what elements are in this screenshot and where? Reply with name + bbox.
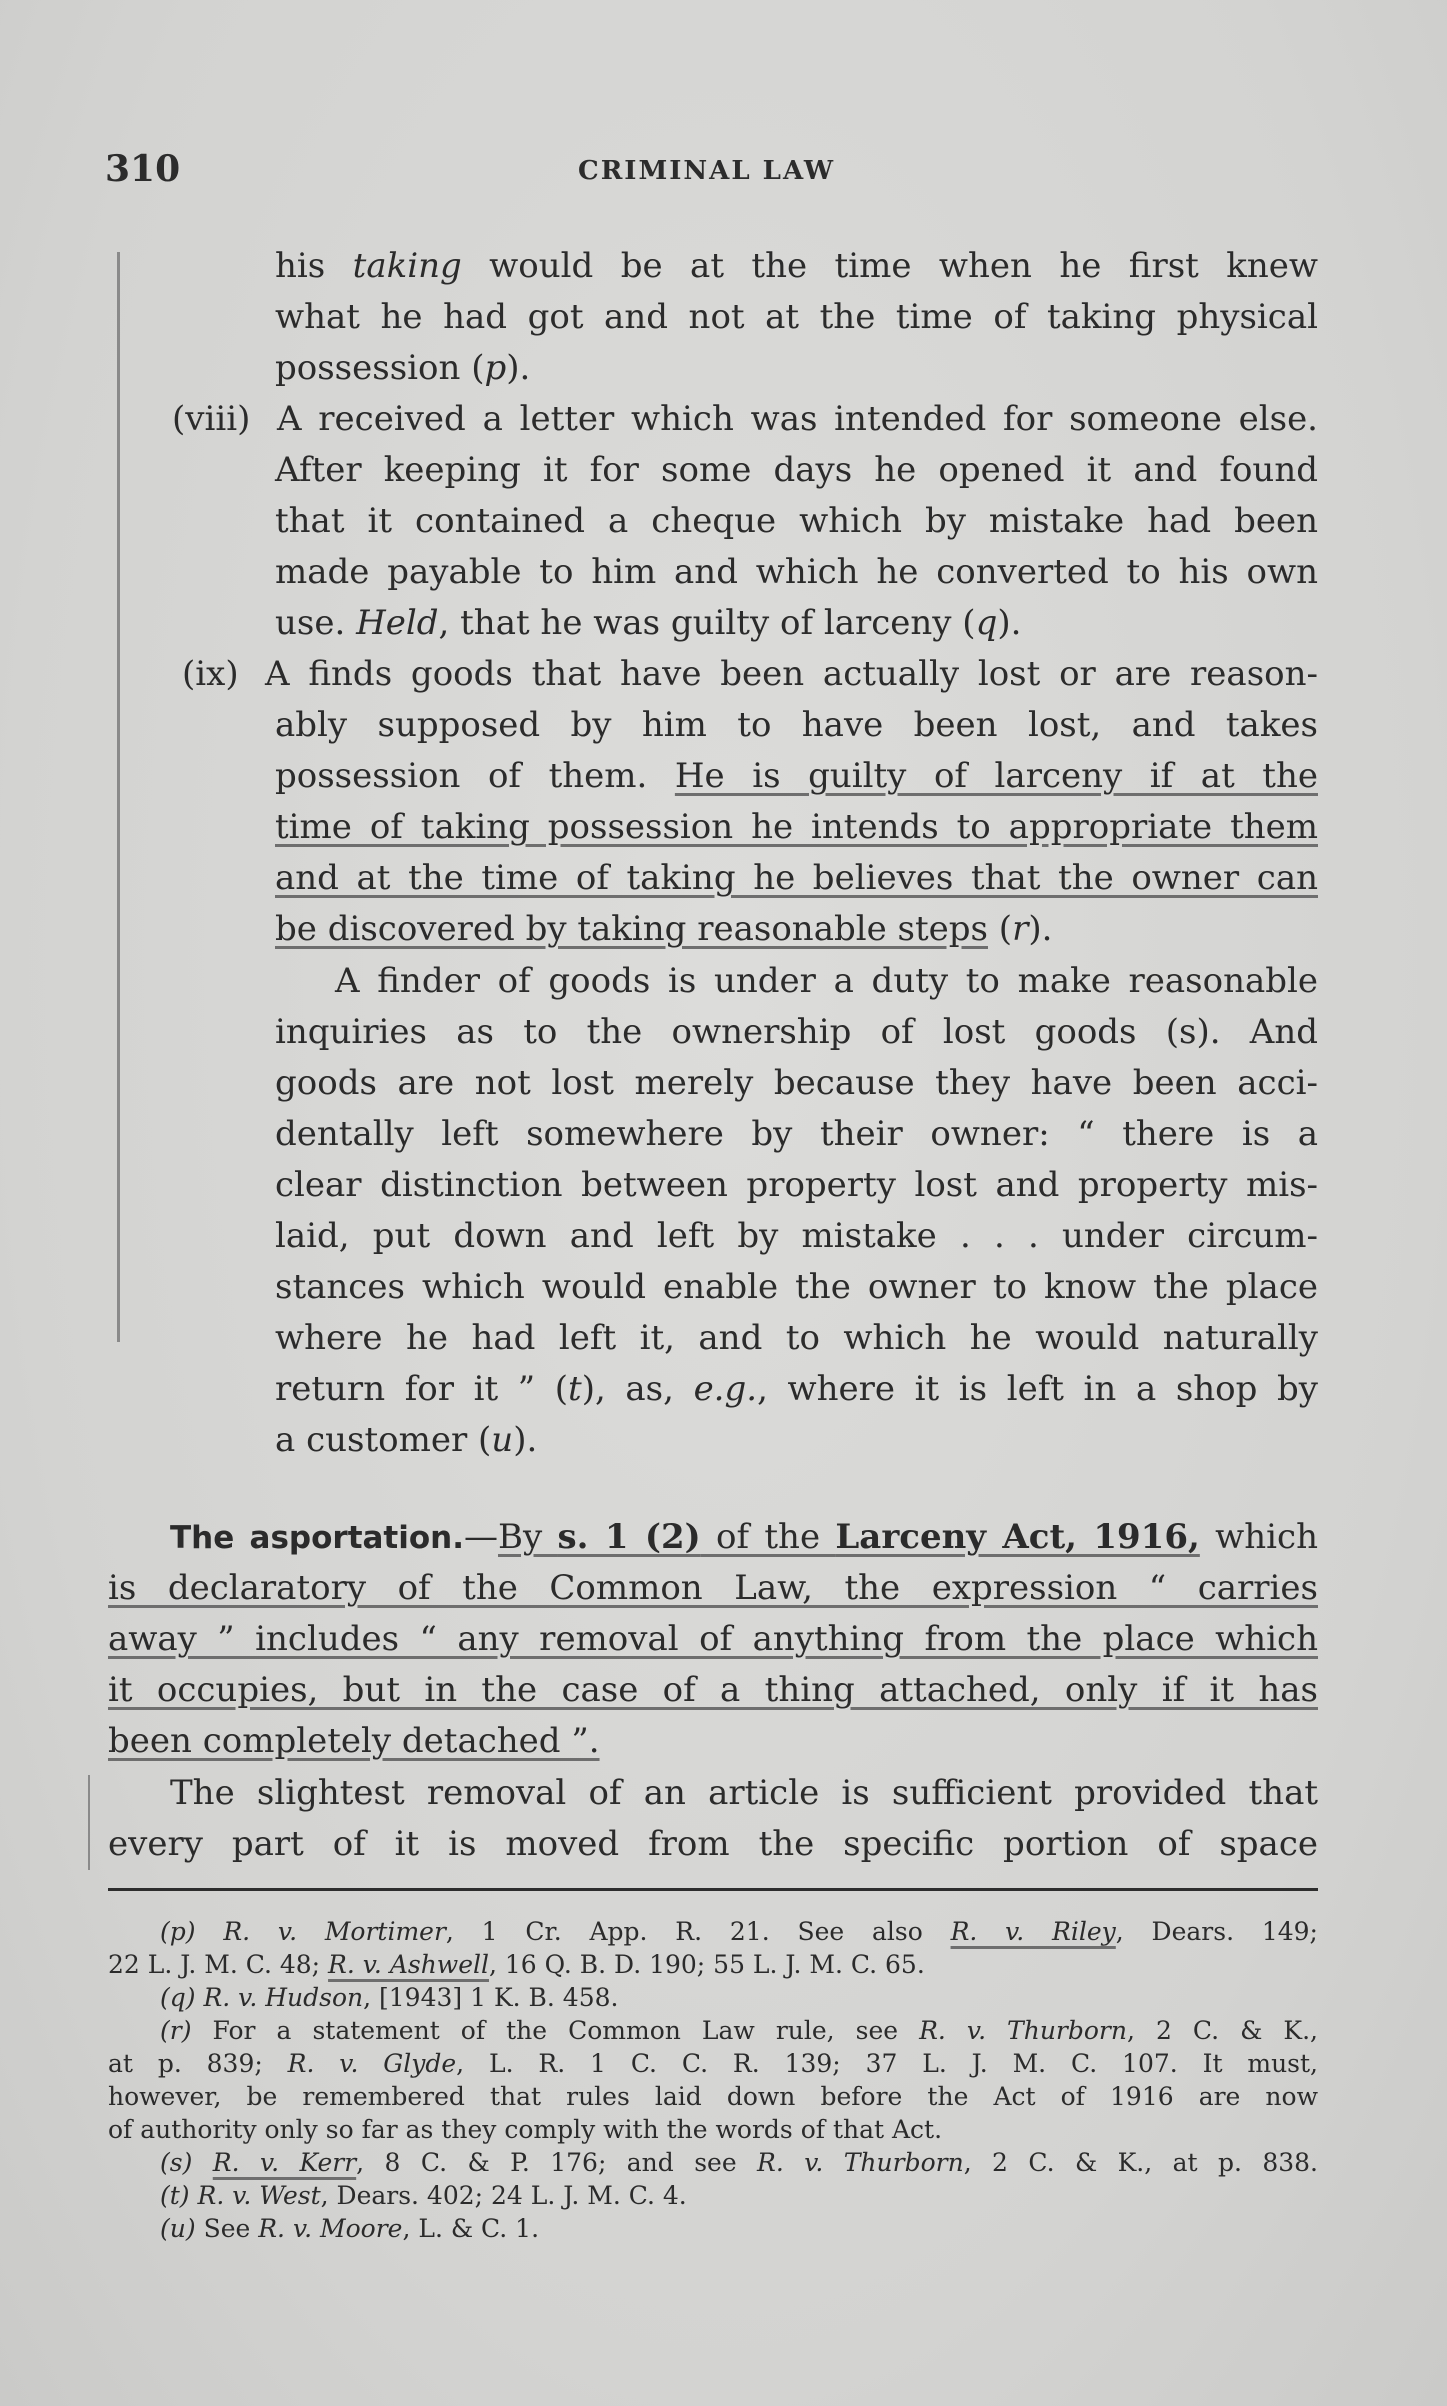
underlined-text: and at the time of taking he believes th… [275, 858, 1318, 898]
underlined-text: been completely detached ”. [108, 1721, 600, 1761]
body-line: The slightest removal of an article is s… [170, 1772, 1318, 1814]
body-line: possession of them. He is guilty of larc… [275, 755, 1318, 797]
underlined-text: He is guilty of larceny if at the [675, 756, 1318, 796]
body-line: been completely detached ”. [108, 1720, 1318, 1762]
body-line: made payable to him and which he convert… [275, 551, 1318, 593]
footnote-p-cont: 22 L. J. M. C. 48; R. v. Ashwell, 16 Q. … [108, 1950, 1318, 1980]
body-line: be discovered by taking reasonable steps… [275, 908, 1318, 950]
body-line: his taking would be at the time when he … [275, 245, 1318, 287]
footnote-q: (q) R. v. Hudson, [1943] 1 K. B. 458. [160, 1983, 1318, 2013]
underlined-text: time of taking possession he intends to … [275, 807, 1318, 847]
body-line: every part of it is moved from the speci… [108, 1823, 1318, 1865]
footnote-s: (s) R. v. Kerr, 8 C. & P. 176; and see R… [160, 2148, 1318, 2178]
body-line: ably supposed by him to have been lost, … [275, 704, 1318, 746]
margin-bar-bottom [88, 1775, 90, 1870]
body-line: After keeping it for some days he opened… [275, 449, 1318, 491]
item-label-ix: (ix) [182, 653, 239, 695]
footnote-r-cont: however, be remembered that rules laid d… [108, 2082, 1318, 2112]
body-line: where he had left it, and to which he wo… [275, 1317, 1318, 1359]
body-line: A finds goods that have been actually lo… [265, 653, 1318, 695]
body-line: dentally left somewhere by their owner: … [275, 1113, 1318, 1155]
underlined-text: By s. 1 (2) of the Larceny Act, 1916, [498, 1517, 1200, 1557]
page-number: 310 [105, 148, 180, 190]
footnote-t: (t) R. v. West, Dears. 402; 24 L. J. M. … [160, 2181, 1318, 2211]
footnote-r-cont: of authority only so far as they comply … [108, 2115, 1318, 2145]
body-line: a customer (u). [275, 1419, 1318, 1461]
section-heading-line: The asportation.—By s. 1 (2) of the Larc… [170, 1516, 1318, 1558]
body-line: A finder of goods is under a duty to mak… [335, 960, 1318, 1002]
body-line: and at the time of taking he believes th… [275, 857, 1318, 899]
underlined-text: away ” includes “ any removal of anythin… [108, 1619, 1318, 1659]
body-line: return for it ” (t), as, e.g., where it … [275, 1368, 1318, 1410]
underlined-text: is declaratory of the Common Law, the ex… [108, 1568, 1318, 1608]
running-title: CRIMINAL LAW [578, 156, 835, 186]
footnote-r: (r) For a statement of the Common Law ru… [160, 2016, 1318, 2046]
body-line: inquiries as to the ownership of lost go… [275, 1011, 1318, 1053]
body-line: possession (p). [275, 347, 1318, 389]
underlined-text: it occupies, but in the case of a thing … [108, 1670, 1318, 1710]
body-line: A received a letter which was intended f… [277, 398, 1318, 440]
body-line: stances which would enable the owner to … [275, 1266, 1318, 1308]
body-line: that it contained a cheque which by mist… [275, 500, 1318, 542]
body-line: goods are not lost merely because they h… [275, 1062, 1318, 1104]
body-line: clear distinction between property lost … [275, 1164, 1318, 1206]
footnote-p: (p) R. v. Mortimer, 1 Cr. App. R. 21. Se… [160, 1917, 1318, 1947]
footnote-divider [108, 1888, 1318, 1891]
footnote-u: (u) See R. v. Moore, L. & C. 1. [160, 2214, 1318, 2244]
body-line: use. Held, that he was guilty of larceny… [275, 602, 1318, 644]
body-line: what he had got and not at the time of t… [275, 296, 1318, 338]
section-heading: The asportation. [170, 1520, 464, 1556]
item-label-viii: (viii) [172, 398, 250, 440]
body-line: away ” includes “ any removal of anythin… [108, 1618, 1318, 1660]
body-line: is declaratory of the Common Law, the ex… [108, 1567, 1318, 1609]
body-line: laid, put down and left by mistake . . .… [275, 1215, 1318, 1257]
underlined-text: be discovered by taking reasonable steps [275, 909, 988, 949]
body-line: it occupies, but in the case of a thing … [108, 1669, 1318, 1711]
margin-bar-top [117, 252, 120, 1342]
footnote-r-cont: at p. 839; R. v. Glyde, L. R. 1 C. C. R.… [108, 2049, 1318, 2079]
body-line: time of taking possession he intends to … [275, 806, 1318, 848]
